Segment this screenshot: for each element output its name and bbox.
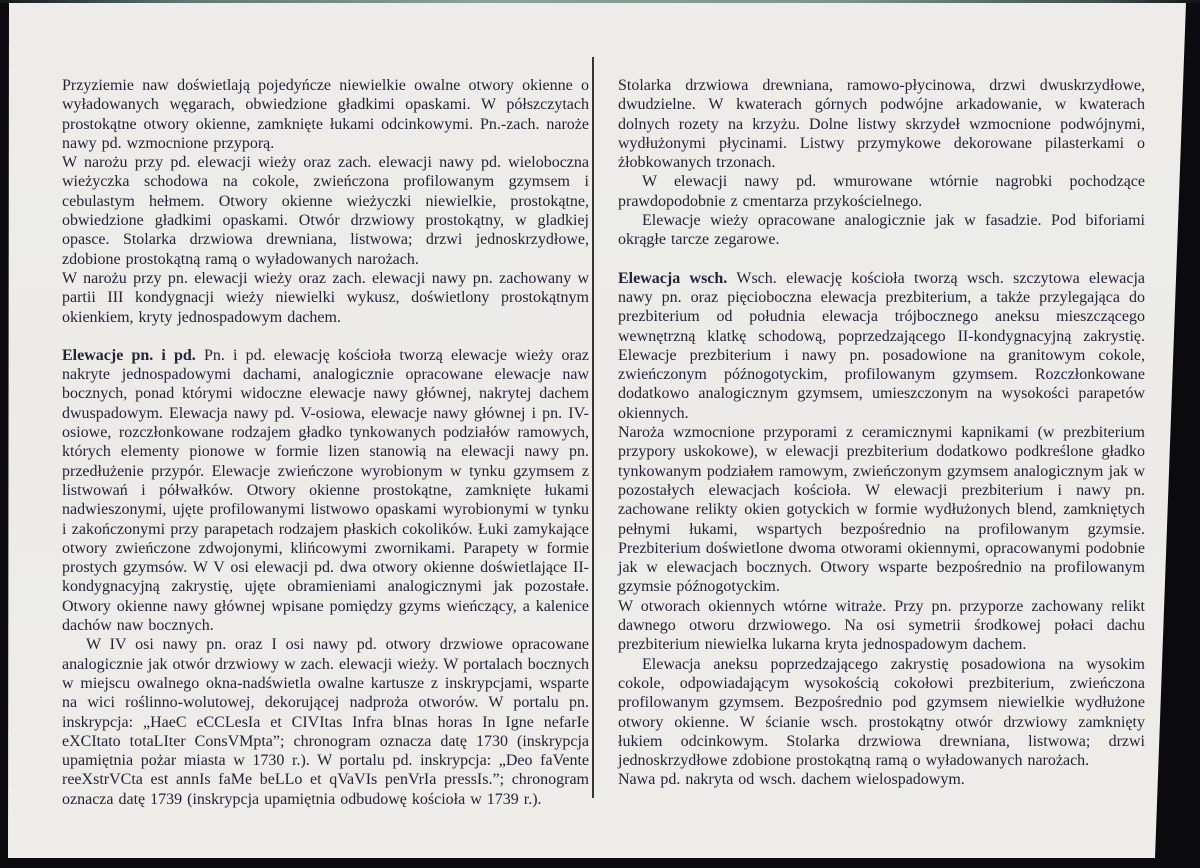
paragraph: W narożu przy pd. elewacji wieży oraz za… <box>62 153 589 269</box>
column-divider-rule <box>592 57 594 798</box>
paragraph: Nawa pd. nakryta od wsch. dachem wielosp… <box>618 770 1145 789</box>
paragraph-text: W narożu przy pd. elewacji wieży oraz za… <box>62 154 589 267</box>
paragraph-text: W elewacji nawy pd. wmurowane wtórnie na… <box>618 173 1145 209</box>
paragraph: W IV osi nawy pn. oraz I osi nawy pd. ot… <box>62 635 589 809</box>
paragraph: Naroża wzmocnione przyporami z ceramiczn… <box>618 423 1145 597</box>
section-heading: Elewacja wsch. <box>618 270 727 287</box>
paragraph-text: W IV osi nawy pn. oraz I osi nawy pd. ot… <box>62 636 589 807</box>
paragraph: Stolarka drzwiowa drewniana, ramowo-płyc… <box>618 76 1145 172</box>
paragraph: W narożu przy pn. elewacji wieży oraz za… <box>62 269 589 327</box>
section-paragraph-elewacje-pn-pd: Elewacje pn. i pd. Pn. i pd. elewację ko… <box>62 346 589 635</box>
paragraph-text: Elewacje wieży opracowane analogicznie j… <box>618 212 1145 248</box>
paragraph-text: Przyziemie naw doświetlają pojedyńcze ni… <box>62 77 589 152</box>
paragraph: Przyziemie naw doświetlają pojedyńcze ni… <box>62 76 589 153</box>
section-paragraph-elewacja-wsch: Elewacja wsch. Wsch. elewację kościoła t… <box>618 269 1145 423</box>
right-column: Stolarka drzwiowa drewniana, ramowo-płyc… <box>618 76 1145 790</box>
scanner-top-edge <box>0 0 1200 3</box>
left-column: Przyziemie naw doświetlają pojedyńcze ni… <box>62 76 589 809</box>
paragraph-text: W narożu przy pn. elewacji wieży oraz za… <box>62 270 589 326</box>
paragraph: Elewacja aneksu poprzedzającego zakrysti… <box>618 655 1145 771</box>
paragraph-text: W otworach okiennych wtórne witraże. Prz… <box>618 598 1145 654</box>
section-heading: Elewacje pn. i pd. <box>62 347 196 364</box>
paragraph: W elewacji nawy pd. wmurowane wtórnie na… <box>618 172 1145 211</box>
paragraph-text: Nawa pd. nakryta od wsch. dachem wielosp… <box>618 771 965 788</box>
paragraph-text: Naroża wzmocnione przyporami z ceramiczn… <box>618 424 1145 595</box>
paragraph-text: Elewacja aneksu poprzedzającego zakrysti… <box>618 656 1145 769</box>
paragraph-text: Wsch. elewację kościoła tworzą wsch. szc… <box>618 270 1145 422</box>
paragraph-text: Stolarka drzwiowa drewniana, ramowo-płyc… <box>618 77 1145 171</box>
paragraph: W otworach okiennych wtórne witraże. Prz… <box>618 597 1145 655</box>
paragraph-text: Pn. i pd. elewację kościoła tworzą elewa… <box>62 347 589 634</box>
paragraph: Elewacje wieży opracowane analogicznie j… <box>618 211 1145 250</box>
